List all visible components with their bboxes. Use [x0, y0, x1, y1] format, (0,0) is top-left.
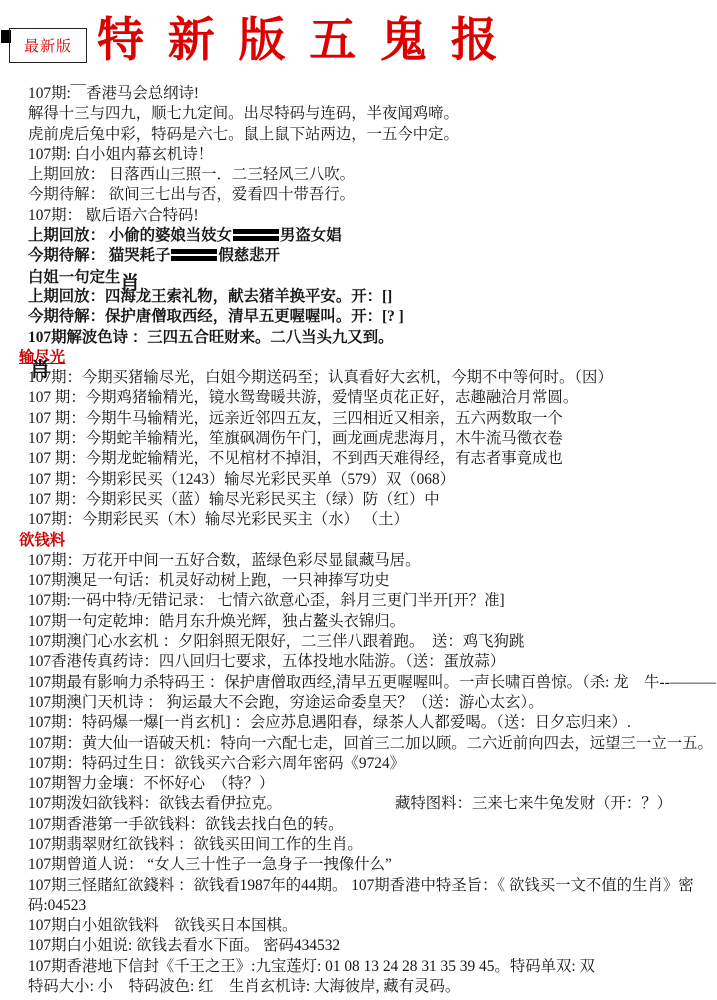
text-line: 107 期：今期鸡猪输精光，镜水鸳鸯暖共游，爱情坚贞花正好，志趣融洽月常圆。	[28, 388, 717, 408]
two-column-line: 107期泼妇欲钱料：欲钱去看伊拉克。 藏特图料：三来七来牛兔发财（开：？）	[28, 794, 717, 814]
text-line: 107期白小姐说: 欲钱去看水下面。 密码434532	[28, 936, 717, 956]
text-line: 107期：万花开中间一五好合数，蓝绿色彩尽显鼠藏马居。	[28, 551, 717, 571]
text-line: 107期三怪賭紅欲錢料 ：欲钱看1987年的44期。 107期香港中特圣旨：《 …	[28, 876, 717, 896]
text-line: 107期:一码中特/无错记录： 七情六欲意心歪，斜月三更门半开[开？准]	[28, 591, 717, 611]
text-line: 107期： 歇后语六合特码!	[28, 206, 717, 226]
text-line: 今期待解： 欲间三七出与否，爱看四十带吾行。	[28, 185, 717, 205]
text-line: 上期回放：四海龙王索礼物，献去猪羊换平安。开：[]	[28, 287, 717, 307]
text-line: 107期解波色诗 ：三四五合旺财来。二八当头九又到。	[28, 328, 717, 348]
text-line: 107期澳足一句话：机灵好动树上跑，一只神捧写功史	[28, 571, 717, 591]
text-line: 107期:￣香港马会总纲诗!	[28, 84, 717, 104]
text-line: 107期澳门心水玄机 ：夕阳斜照无限好，二三伴八跟着跑。 送：鸡飞狗跳	[28, 632, 717, 652]
text-line: 107 期：今期龙蛇输精光，不见棺材不掉泪，不到西天难得经，有志者事竟成也	[28, 449, 717, 469]
riddle-text-post: 男盗女娼	[280, 227, 342, 244]
text-line-right: 藏特图料：三来七来牛兔发财（开：？）	[395, 794, 672, 814]
text-line: 107期白小姐欲钱料 欲钱买日本国棋。	[28, 916, 717, 936]
text-line: 107期：黄大仙一语破天机：特向一六配七走，回首三二加以顾。二六近前向四去，远望…	[28, 734, 717, 754]
text-line: 107 期：今期牛马输精光，远亲近邻四五友，三四相近又相亲，五六两数取一个	[28, 409, 717, 429]
text-line: 解得十三与四九，顺七九定间。出尽特码与连码，半夜闻鸡啼。	[28, 104, 717, 124]
text-line: 107期：特码爆一爆[一肖玄机] ：会应苏息遇阳春，绿茶人人都爱喝。（送：日夕忘…	[28, 713, 717, 733]
hanging-zodiac-char: 肖	[30, 360, 50, 380]
zodiac-line: 白姐一句定生肖	[28, 267, 717, 287]
text-line: 码:04523	[28, 896, 717, 916]
edition-badge: 最新版	[9, 28, 87, 63]
report-body: 107期:￣香港马会总纲诗! 解得十三与四九，顺七九定间。出尽特码与连码，半夜闻…	[28, 84, 717, 997]
zodiac-line-text: 白姐一句定生	[28, 269, 120, 286]
riddle-line: 今期待解： 猫哭耗子假慈悲开	[28, 246, 717, 266]
text-line: 虎前虎后兔中彩，特码是六七。鼠上鼠下站两边，一五今中定。	[28, 125, 717, 145]
text-line: 107期香港地下信封《千王之王》:九宝莲灯: 01 08 13 24 28 31…	[28, 957, 717, 977]
censor-bars-icon	[233, 229, 279, 241]
riddle-text-pre: 上期回放： 小偷的婆娘当妓女	[28, 227, 232, 244]
text-line: 107 期：今期彩民买（1243）输尽光彩民买单（579）双（068）	[28, 470, 717, 490]
text-line: 107期：特码过生日：欲钱买六合彩六周年密码《9724》	[28, 754, 717, 774]
section-heading-yuqianliao: 欲钱料	[19, 531, 717, 551]
page-title: 特 新 版 五 鬼 报	[97, 14, 504, 68]
text-line: 特码大小: 小 特码波色: 红 生肖玄机诗: 大海彼岸, 藏有灵码。	[28, 977, 717, 997]
text-line: 107期：今期买猪输尽光，白姐今期送码至；认真看好大玄机，今期不中等何时。（因）	[28, 368, 717, 388]
text-line: 107期翡翠财红欲钱料 ：欲钱买田间工作的生肖。	[28, 835, 717, 855]
text-line: 107期一句定乾坤：皓月东升焕光辉，独占鳌头衣锦归。	[28, 612, 717, 632]
riddle-text-pre: 今期待解： 猫哭耗子	[28, 247, 170, 264]
text-line: 上期回放： 日落西山三照一．二三轻风三八吹。	[28, 165, 717, 185]
text-line: 今期待解：保护唐僧取西经，清早五更喔喔叫。开：[? ]	[28, 307, 717, 327]
text-line: 107期最有影响力杀特码王 ：保护唐僧取西经,清早五更喔喔叫。一声长啸百兽惊。（…	[28, 673, 717, 693]
five-ghost-report-page: 最新版 特 新 版 五 鬼 报 107期:￣香港马会总纲诗! 解得十三与四九，顺…	[0, 0, 717, 1000]
text-line: 107期曾道人说： “女人三十性子一急身子一拽像什么”	[28, 855, 717, 875]
censor-bars-icon	[171, 249, 217, 261]
section-heading-shujinguang: 输尽光 肖	[19, 348, 717, 368]
text-line: 107香港传真药诗：四八回归七要求，五体投地水陆游。（送：蛋放蒜）	[28, 652, 717, 672]
text-line: 107期智力金壤：不怀好心 （特？）	[28, 774, 717, 794]
text-line-left: 107期泼妇欲钱料：欲钱去看伊拉克。	[28, 795, 282, 812]
text-line: 107 期：今期蛇羊输精光，笙旗砜凋伤午门，画龙画虎悲海月，木牛流马徵衣卷	[28, 429, 717, 449]
text-line: 107期: 白小姐内幕玄机诗！	[28, 145, 717, 165]
text-line: 107期：今期彩民买（木）输尽光彩民买主（水） （土）	[28, 510, 717, 530]
text-line: 107期香港第一手欲钱料：欲钱去找白色的转。	[28, 815, 717, 835]
text-line: 107期澳门天机诗 ： 狗运最大不会跑，穷途运命委皇天？（送：游心太玄）。	[28, 693, 717, 713]
riddle-text-post: 假慈悲开	[218, 247, 280, 264]
riddle-line: 上期回放： 小偷的婆娘当妓女男盗女娼	[28, 226, 717, 246]
text-line: 107 期：今期彩民买（蓝）输尽光彩民买主（绿）防（红）中	[28, 490, 717, 510]
edition-badge-label: 最新版	[24, 35, 72, 56]
